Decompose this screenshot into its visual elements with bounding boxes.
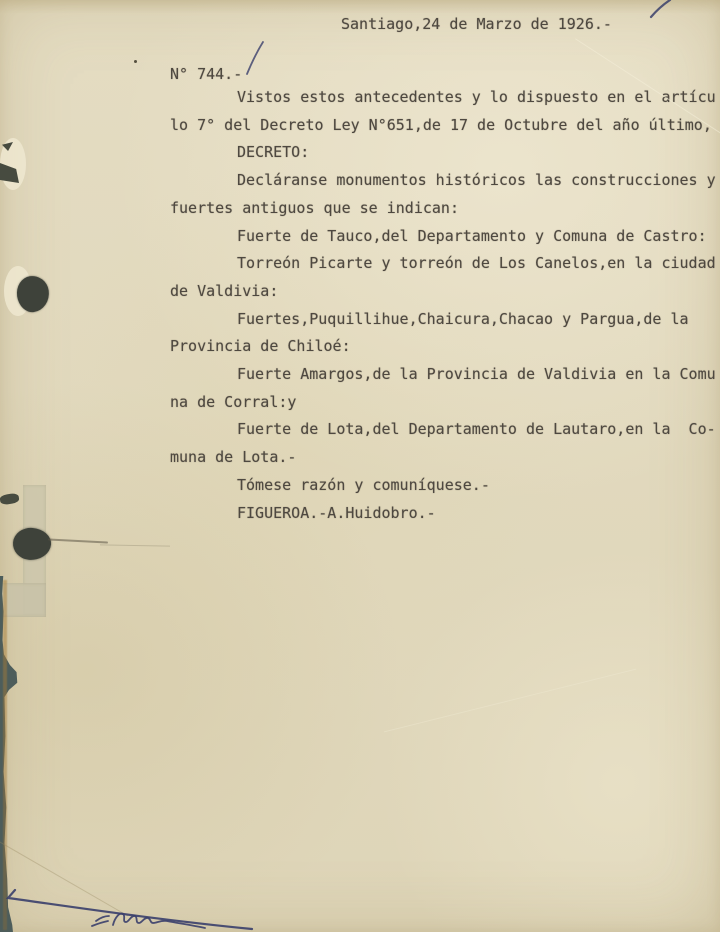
torn-edge: [3, 580, 7, 930]
crease-line: [0, 841, 128, 917]
ink-speck: [134, 60, 137, 63]
typed-line: Tómese razón y comuníquese.-: [170, 472, 720, 500]
typed-line: de Valdivia:: [170, 278, 720, 306]
paper-tear: [100, 544, 170, 546]
scanned-page: Santiago,24 de Marzo de 1926.- N° 744.- …: [0, 0, 720, 932]
crease-line: [384, 669, 637, 733]
typed-line: Provincia de Chiloé:: [170, 333, 720, 361]
typed-line: na de Corral:y: [170, 389, 720, 417]
paper-tear: [48, 538, 108, 543]
pen-line: [8, 890, 252, 929]
typed-line: DECRETO:: [170, 139, 720, 167]
typed-line: Fuerte de Tauco,del Departamento y Comun…: [170, 223, 720, 251]
typed-line: Fuerte de Lota,del Departamento de Lauta…: [170, 416, 720, 444]
typed-line: Decláranse monumentos históricos las con…: [170, 167, 720, 195]
document-number: N° 744.-: [170, 65, 242, 83]
typed-line: muna de Lota.-: [170, 444, 720, 472]
typed-line: FIGUEROA.-A.Huidobro.-: [170, 500, 720, 528]
typed-line: Fuerte Amargos,de la Provincia de Valdiv…: [170, 361, 720, 389]
pen-slash-top-right: [651, 0, 670, 17]
typed-line: Vistos estos antecedentes y lo dispuesto…: [170, 84, 720, 112]
typed-line: lo 7° del Decreto Ley N°651,de 17 de Oct…: [170, 112, 720, 140]
tear-mark-icon: [0, 493, 20, 506]
typed-line: Fuertes,Puquillihue,Chaicura,Chacao y Pa…: [170, 306, 720, 334]
typed-line: fuertes antiguos que se indican:: [170, 195, 720, 223]
dateline: Santiago,24 de Marzo de 1926.-: [341, 15, 612, 33]
decree-body: Vistos estos antecedentes y lo dispuesto…: [170, 84, 720, 527]
pen-slash-number: [247, 42, 263, 74]
typed-line: Torreón Picarte y torreón de Los Canelos…: [170, 250, 720, 278]
pen-scribble: [92, 914, 205, 928]
binder-hole-icon: [12, 526, 53, 561]
